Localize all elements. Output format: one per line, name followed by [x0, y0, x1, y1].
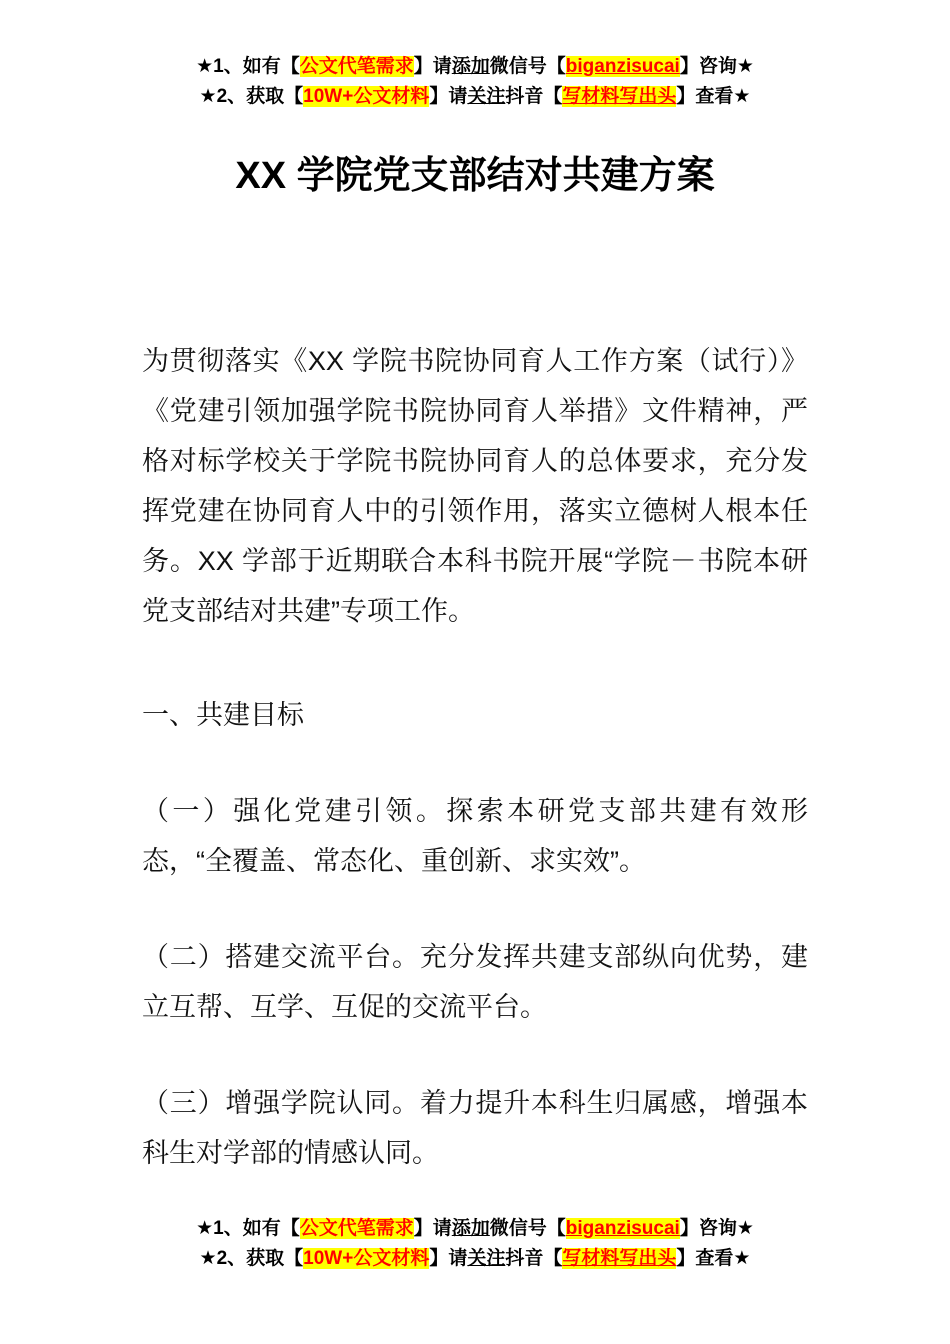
header-promo-line-1: ★1、如有【公文代笔需求】请添加微信号【biganzisucai】咨询★	[0, 52, 950, 82]
promo2-douyin-id: 写材料写出头	[562, 86, 676, 107]
promo2-suffix: 】查看★	[676, 86, 750, 107]
footer-promo-banner: ★1、如有【公文代笔需求】请添加微信号【biganzisucai】咨询★ ★2、…	[0, 1214, 950, 1274]
promo2-suffix: 】查看★	[676, 1248, 750, 1269]
promo2-underline-follow: 关注	[467, 1248, 505, 1269]
document-title: XX 学院党支部结对共建方案	[0, 148, 950, 204]
promo1-mid2: 微信号【	[490, 1218, 566, 1239]
promo1-mid1: 】请	[414, 1218, 452, 1239]
promo2-mid2: 抖音【	[505, 1248, 562, 1269]
promo2-mid2: 抖音【	[505, 86, 562, 107]
promo2-highlight-materials: 10W+公文材料	[303, 86, 429, 107]
promo2-prefix: ★2、获取【	[200, 86, 304, 107]
header-promo-line-2: ★2、获取【10W+公文材料】请关注抖音【写材料写出头】查看★	[0, 82, 950, 112]
promo1-highlight-service: 公文代笔需求	[300, 56, 414, 77]
promo2-prefix: ★2、获取【	[200, 1248, 304, 1269]
promo2-mid1: 】请	[429, 1248, 467, 1269]
promo2-underline-follow: 关注	[467, 86, 505, 107]
goal-item-1: （一）强化党建引领。探索本研党支部共建有效形态，“全覆盖、常态化、重创新、求实效…	[142, 786, 808, 886]
promo2-mid1: 】请	[429, 86, 467, 107]
promo2-douyin-id: 写材料写出头	[562, 1248, 676, 1269]
promo1-highlight-service: 公文代笔需求	[300, 1218, 414, 1239]
promo1-suffix: 】咨询★	[680, 1218, 754, 1239]
goal-item-2: （二）搭建交流平台。充分发挥共建支部纵向优势，建立互帮、互学、互促的交流平台。	[142, 932, 808, 1032]
promo1-mid2: 微信号【	[490, 56, 566, 77]
promo1-mid1: 】请	[414, 56, 452, 77]
footer-promo-line-1: ★1、如有【公文代笔需求】请添加微信号【biganzisucai】咨询★	[0, 1214, 950, 1244]
section-1-heading: 一、共建目标	[142, 690, 808, 740]
header-promo-banner: ★1、如有【公文代笔需求】请添加微信号【biganzisucai】咨询★ ★2、…	[0, 0, 950, 112]
intro-paragraph: 为贯彻落实《XX 学院书院协同育人工作方案（试行）》《党建引领加强学院书院协同育…	[142, 336, 808, 636]
promo1-prefix: ★1、如有【	[196, 56, 300, 77]
promo1-wechat-id: biganzisucai	[566, 1218, 680, 1239]
promo1-underline-add: 添加	[452, 1218, 490, 1239]
promo1-underline-add: 添加	[452, 56, 490, 77]
document-page: ★1、如有【公文代笔需求】请添加微信号【biganzisucai】咨询★ ★2、…	[0, 0, 950, 1344]
footer-promo-line-2: ★2、获取【10W+公文材料】请关注抖音【写材料写出头】查看★	[0, 1244, 950, 1274]
promo1-wechat-id: biganzisucai	[566, 56, 680, 77]
promo1-prefix: ★1、如有【	[196, 1218, 300, 1239]
document-body: 为贯彻落实《XX 学院书院协同育人工作方案（试行）》《党建引领加强学院书院协同育…	[142, 336, 808, 1178]
goal-item-3: （三）增强学院认同。着力提升本科生归属感，增强本科生对学部的情感认同。	[142, 1078, 808, 1178]
promo2-highlight-materials: 10W+公文材料	[303, 1248, 429, 1269]
promo1-suffix: 】咨询★	[680, 56, 754, 77]
